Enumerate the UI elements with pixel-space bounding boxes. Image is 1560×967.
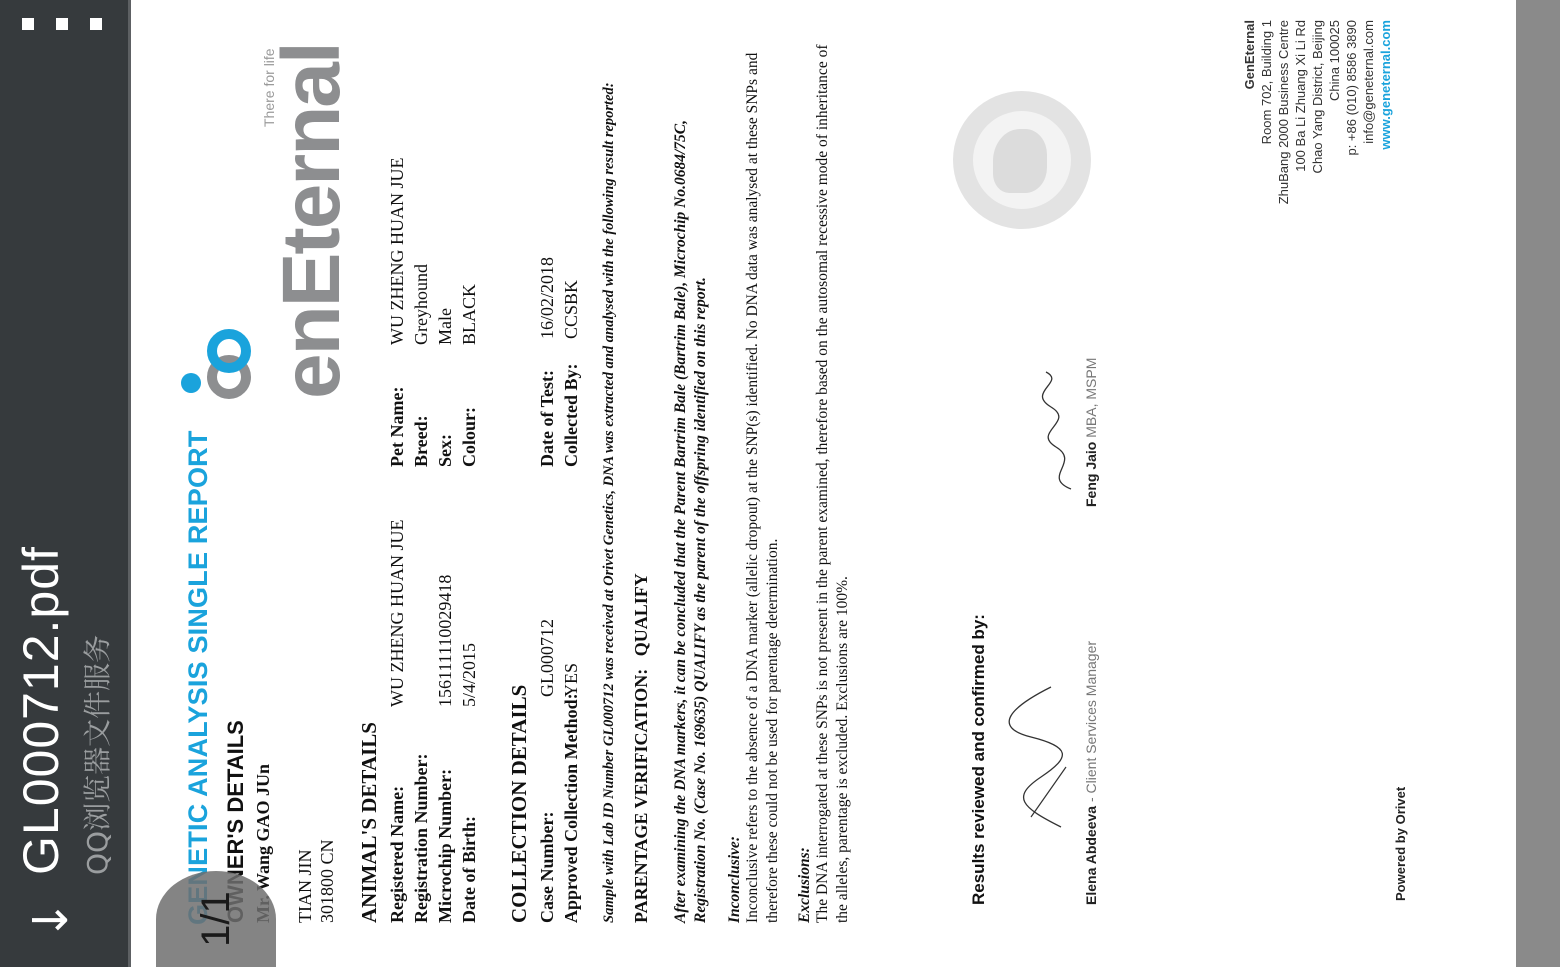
- report-title: GENETIC ANALYSIS SINGLE REPORT: [183, 430, 214, 925]
- address-website-link[interactable]: www.geneternal.com: [1377, 20, 1394, 204]
- address-email: info@geneternal.com: [1360, 20, 1377, 204]
- company-seal-icon: [953, 91, 1091, 229]
- viewer-toolbar: ↓ GL000712.pdf QQ浏览器文件服务: [0, 0, 131, 967]
- field-label: Approved Collection Method:: [561, 693, 582, 923]
- field-value: 5/4/2015: [459, 643, 480, 707]
- owner-postcode: 301800 CN: [317, 839, 338, 923]
- signer-elena: Elena Abdeeva - Client Services Manager: [1083, 641, 1099, 905]
- owner-city: TIAN JIN: [295, 850, 316, 924]
- arrow-down-icon[interactable]: ↓: [26, 895, 76, 945]
- powered-by: Powered by Orivet: [1393, 787, 1408, 901]
- address-line: Room 702, Building 1: [1258, 20, 1275, 204]
- address-line: China 100025: [1326, 20, 1343, 204]
- field-value: GL000712: [537, 619, 558, 697]
- collection-heading: COLLECTION DETAILS: [507, 685, 532, 923]
- logo-mark-icon: [177, 329, 257, 399]
- result-value: QUALIFY: [631, 573, 651, 656]
- field-value: BLACK: [459, 284, 480, 345]
- field-value: YES: [561, 663, 582, 697]
- signer-name: Elena Abdeeva: [1083, 806, 1099, 905]
- viewer-background: [1516, 0, 1560, 967]
- field-label: Microchip Number:: [435, 769, 456, 923]
- address-company: GenEternal: [1241, 20, 1258, 204]
- exclusions-heading: Exclusions:: [795, 847, 815, 923]
- field-value: Male: [435, 308, 456, 345]
- rotated-viewer-frame: ↓ GL000712.pdf QQ浏览器文件服务 1/1 GENETIC ANA…: [0, 0, 1560, 967]
- field-label: Collected By:: [561, 364, 582, 467]
- field-value: WU ZHENG HUAN JUE: [387, 520, 408, 707]
- address-line: 100 Ba Li Zhuang Xi Li Rd: [1292, 20, 1309, 204]
- field-label: Colour:: [459, 407, 480, 467]
- signer-feng: Feng Jaio MBA, MSPM: [1083, 358, 1099, 507]
- inconclusive-heading: Inconclusive:: [725, 836, 745, 923]
- field-value: WU ZHENG HUAN JUE: [387, 158, 408, 345]
- signature-elena: [1001, 677, 1081, 837]
- geneternal-logo: enEternal: [177, 0, 267, 399]
- field-label: Date of Birth:: [459, 816, 480, 923]
- field-label: Date of Test:: [537, 370, 558, 467]
- signature-feng: [1031, 367, 1091, 497]
- field-label: Pet Name:: [387, 387, 408, 467]
- address-line: Chao Yang District, Beijing: [1309, 20, 1326, 204]
- field-value: Greyhound: [411, 264, 432, 345]
- file-title: GL000712.pdf: [12, 546, 70, 875]
- address-line: ZhuBang 2000 Business Centre: [1275, 20, 1292, 204]
- conclusion-text: After examining the DNA markers, it can …: [671, 43, 711, 923]
- signer-role: - Client Services Manager: [1083, 641, 1099, 806]
- result-label: PARENTAGE VERIFICATION:: [631, 669, 651, 923]
- logo-text: enEternal: [266, 43, 357, 399]
- animal-heading: ANIMAL'S DETAILS: [357, 722, 382, 923]
- field-label: Case Number:: [537, 812, 558, 923]
- result-line: PARENTAGE VERIFICATION: QUALIFY: [631, 573, 652, 923]
- signer-name: Feng Jaio: [1083, 442, 1099, 507]
- field-label: Breed:: [411, 415, 432, 467]
- logo-tagline: There for life: [261, 48, 277, 127]
- more-dots-icon[interactable]: [22, 8, 102, 32]
- field-value: 156111110029418: [435, 575, 456, 707]
- file-subtitle: QQ浏览器文件服务: [76, 635, 116, 875]
- field-value: 16/02/2018: [537, 257, 558, 339]
- field-label: Registration Number:: [411, 754, 432, 923]
- field-label: Sex:: [435, 434, 456, 467]
- exclusions-text: The DNA interrogated at these SNPs is no…: [813, 43, 853, 923]
- sample-statement: Sample with Lab ID Number GL000712 was r…: [601, 82, 618, 923]
- signer-role: MBA, MSPM: [1083, 358, 1099, 442]
- page-indicator: 1/1: [156, 871, 276, 967]
- field-label: Registered Name:: [387, 786, 408, 923]
- pdf-page: 1/1 GENETIC ANALYSIS SINGLE REPORT enEte…: [131, 0, 1516, 967]
- address-phone: p: +86 (010) 8586 3890: [1343, 20, 1360, 204]
- signoff-heading: Results reviewed and confirmed by:: [969, 614, 989, 905]
- company-address: GenEternal Room 702, Building 1 ZhuBang …: [1241, 20, 1394, 204]
- inconclusive-text: Inconclusive refers to the absence of a …: [743, 43, 783, 923]
- field-value: CCSBK: [561, 280, 582, 339]
